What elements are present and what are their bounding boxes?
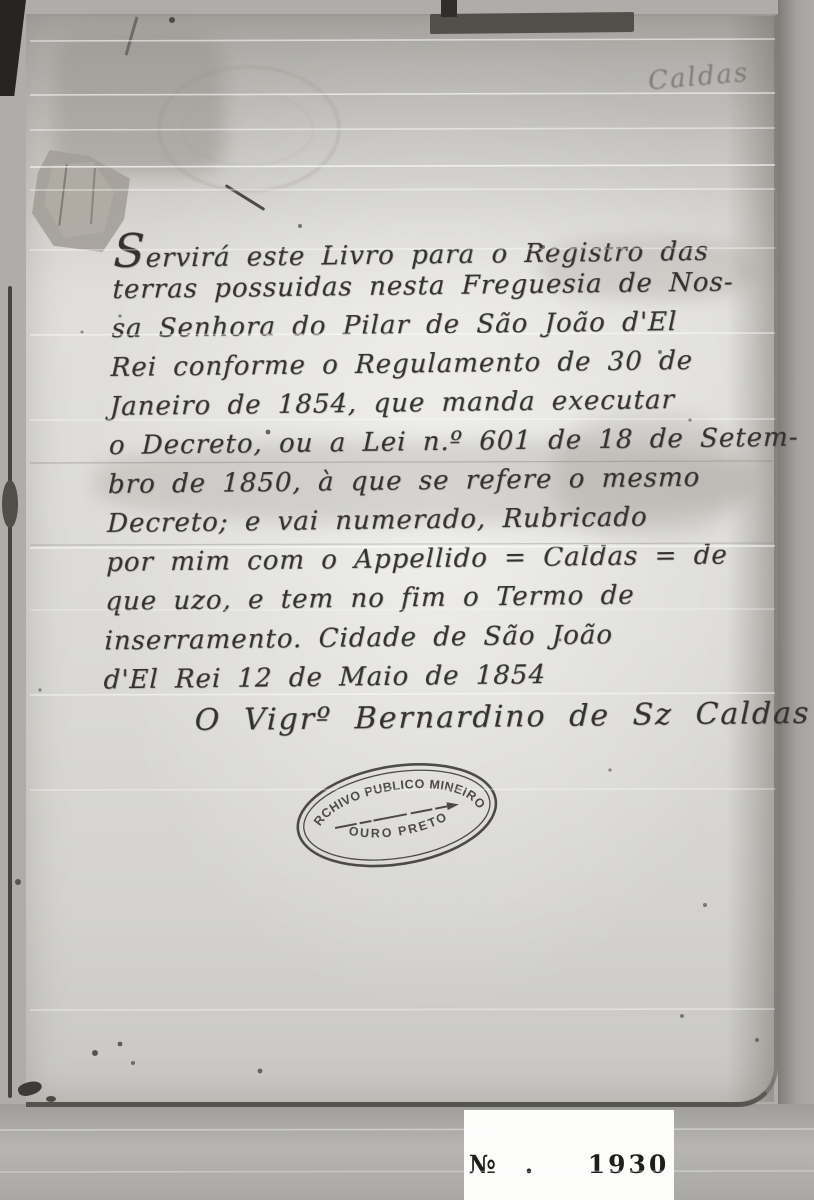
handwriting-line: por mim com o Appellido = Caldas = de [106,536,779,583]
faint-round-stamp-inner [182,92,314,166]
svg-text:OURO PRETO: OURO PRETO [346,808,452,846]
signature-line: O Vigrº Bernardino de Sz Caldas [102,694,775,741]
catalog-number: № . 1930 [469,1150,670,1179]
scanner-background [0,1104,814,1200]
handwriting-line: bro de 1850, à que se refere o mesmo [108,458,781,505]
dark-edge-mark [430,12,634,34]
binding-corner-shadow [0,0,26,96]
handwriting-line: d'El Rei 12 de Maio de 1854 [103,653,776,700]
stamp-arrowhead [446,800,459,810]
stamp-bottom-text: OURO PRETO [346,808,452,846]
handwriting-line: Rei conforme o Regulamento de 30 de [110,341,783,388]
handwriting-line: terras possuidas nesta Freguesia de Nos- [112,263,785,310]
binding-ink-blob [2,480,18,528]
catalog-number-label: № . 1930 [464,1110,674,1200]
dark-edge-mark-small [441,0,457,17]
scanned-document: Caldas Servirá este Livro para o Registr… [0,0,814,1200]
page-right-edge-shadow [778,0,814,1104]
binding-edge-line [8,286,12,1098]
handwritten-text-block: Servirá este Livro para o Registro das t… [102,224,786,741]
dirt-mark [46,1096,56,1102]
